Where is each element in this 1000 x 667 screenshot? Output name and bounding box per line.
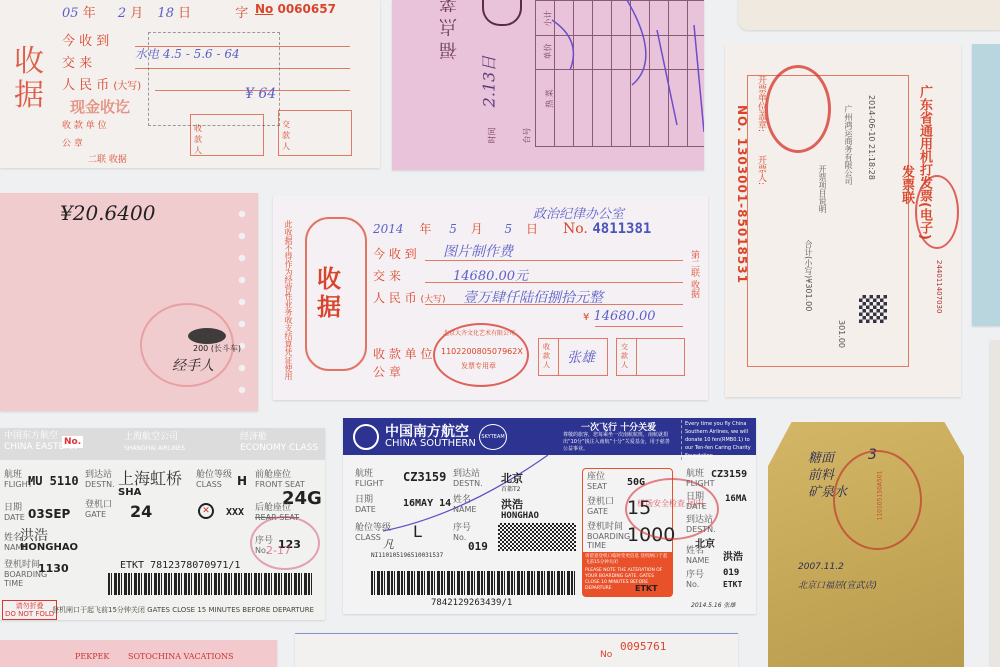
payee-label: 收款人 <box>543 343 551 370</box>
china-southern-logo <box>353 424 379 450</box>
ticket-route: PEKPEK <box>75 652 109 661</box>
class-en: ECONOMY CLASS <box>240 443 318 454</box>
cabin: H <box>237 474 247 488</box>
payee-label: 收款人 <box>194 123 203 156</box>
boarding-pass-china-southern: 中国南方航空 CHINA SOUTHERN SKYTEAM 一次飞行 十分关爱 … <box>343 418 756 614</box>
footer: 登机闸口于起飞前15分钟关闭 GATES CLOSE 15 MINUTES BE… <box>52 605 314 615</box>
row-unit-label: 收 款 单 位 <box>373 345 432 362</box>
date: 16MAY 14 <box>403 498 451 509</box>
do-not-fold-badge: 请勿折叠 DO NOT FOLD <box>2 600 57 620</box>
invoice-datetime: 2014-06-10 21:18:28 <box>867 95 876 180</box>
year-char: 年 <box>419 222 431 236</box>
amount-value: 14680.00 <box>594 309 656 324</box>
skyteam-logo: SKYTEAM <box>479 424 507 450</box>
destn-label-cn: 到达站 <box>85 470 115 480</box>
seq: 019 <box>468 540 488 553</box>
company-stamp: 北京大齐文化艺术有限公司 110220080507962X 发票专用章 <box>433 323 529 387</box>
invoice-guangdong: NO. 1303001-85018531 开票单位盖章: 开票人: 广东省通用机… <box>725 45 961 397</box>
payee-signature: 张雄 <box>567 347 595 367</box>
receipt-center: 此收据不得作为经营性业务收支结算凭证使用 收据 2014 年 5 月 5 日 政… <box>273 195 708 400</box>
gate-label-en: GATE <box>85 510 112 519</box>
gate-label-en: GATE <box>587 507 614 516</box>
gate-notice: 请留意登机口临时变更信息 登机闸口于起飞前15分钟关闭 PLEASE NOTE … <box>583 552 672 596</box>
front-seat-label-cn: 前舱座位 <box>255 470 305 480</box>
rmb-caps: (大写) <box>113 81 141 92</box>
receipt-no-label: No <box>600 650 612 660</box>
receipt-date: 2014 年 5 月 5 日 <box>373 220 538 237</box>
flight-number: CZ3159 <box>403 470 446 484</box>
stub-seq-label-cn: 序号 <box>686 570 704 580</box>
paper-fragment-top-right <box>738 0 1000 30</box>
company-seal <box>765 65 831 153</box>
copy-label: 第二联 收据 <box>688 250 701 340</box>
stub-flight: CZ3159 <box>711 469 747 480</box>
boarding-pass-china-eastern: 中国东方航空 CHINA EASTERN No. 上海航空公司 SHANGHAI… <box>0 428 325 620</box>
stamp-text: 2-17 <box>266 544 291 557</box>
row-from-label: 交 来 <box>62 52 92 71</box>
barcode <box>108 573 313 595</box>
scribble <box>188 328 226 344</box>
meal-code: XXX <box>226 507 244 518</box>
footer-cn: 登机闸口于起飞前15分钟关闭 <box>52 606 145 614</box>
stamp-text: 110105150A501 <box>876 471 883 521</box>
invoice-amount: 301.00 <box>837 320 846 348</box>
cabin-label-en: CLASS <box>196 480 232 489</box>
invoice-date: 2014-06-10 <box>867 95 876 142</box>
stub-date-label-cn: 日期 <box>686 492 707 502</box>
stub-destn-label-en: DESTN. <box>686 525 716 534</box>
notice-en: PLEASE NOTE THE ALTERATION OF YOUR BOARD… <box>583 568 672 592</box>
grey-paper-right <box>990 340 1000 667</box>
seat-label-en: SEAT <box>587 482 607 491</box>
row-seal-label: 公 章 <box>62 136 83 149</box>
sticker: No. <box>62 436 83 448</box>
row-seal-label: 公 章 <box>373 363 401 380</box>
name-en: HONGHAO <box>20 542 78 553</box>
flight-label-cn: 航班 <box>355 469 384 479</box>
name-cn: 洪浩 <box>501 496 523 512</box>
received-value: 图片制作费 <box>443 241 513 261</box>
barcode <box>371 571 576 595</box>
destn-cn: 上海虹桥 <box>118 466 182 489</box>
airline-en: CHINA SOUTHERN <box>385 438 476 449</box>
row-received-label: 今 收 到 <box>62 30 109 49</box>
date-month: 2 <box>118 6 126 21</box>
seq-label-cn: 序号 <box>453 523 471 533</box>
etkt: ETKT <box>635 586 658 592</box>
handwritten-note: 200 (长斗车) <box>193 343 241 354</box>
notice-cn: 请留意登机口临时变更信息 登机闸口于起飞前15分钟关闭 <box>583 552 672 568</box>
boarding-label-cn: 登机时间 <box>4 560 40 570</box>
invoice-total: 合计(小写)¥301.00 <box>803 240 814 311</box>
destn-sub: 首都T2 <box>501 484 520 493</box>
gate-label-cn: 登机口 <box>587 497 614 507</box>
name-en: HONGHAO <box>501 511 539 521</box>
copy-label: 二联 收据 <box>88 152 127 165</box>
payer-box: 交款人 <box>278 110 352 156</box>
invoice-code: 244011407030 <box>935 260 943 313</box>
boarding-label-en: BOARDING TIME <box>587 532 627 550</box>
receipt-number: 0095761 <box>620 640 666 653</box>
footer-en: GATES CLOSE 15 MINUTES BEFORE DEPARTURE <box>147 606 314 614</box>
menu-slip-pink: 福 点 菜 2.13日 时间 台号 热 菜 单价 小计 <box>392 0 704 170</box>
class-label-cn: 舱位等级 <box>355 523 391 533</box>
bottom-ticket-pink: PEKPEK SOTOCHINA VACATIONS <box>0 640 277 667</box>
row-rmb-label: 人 民 币 <box>373 291 417 305</box>
stub-name: 洪浩 <box>723 548 743 563</box>
date-note: 2007.11.2 <box>798 562 844 572</box>
rear-seat-label-cn: 后舱座位 <box>255 503 299 513</box>
date: 03SEP <box>28 507 70 521</box>
row-from-label: 交 来 <box>373 267 401 284</box>
invoice-time: 21:18:28 <box>867 144 876 180</box>
ticket-number: 7842129263439/1 <box>431 598 512 608</box>
date-year: 2014 <box>373 222 404 236</box>
stub-seq: 019 <box>723 568 739 578</box>
destn-label-en: DESTN. <box>453 479 483 488</box>
receipt-number-group: No. 4811381 <box>563 221 651 237</box>
flight-label-en: FLIGHT <box>355 479 384 488</box>
charity-en: Every time you fly China Southern Airlin… <box>681 420 756 460</box>
table-label: 台号 <box>522 128 533 144</box>
date-day: 5 <box>505 222 513 236</box>
handwriting: 凡 <box>383 536 394 552</box>
name-label-cn: 姓名 <box>453 495 476 505</box>
handwritten-box <box>148 32 280 126</box>
2d-barcode <box>498 523 576 551</box>
receipt-number: 0060657 <box>277 2 335 16</box>
stub-note: 2014.5.16 张雄 <box>691 600 735 609</box>
charity-cn: 尊敬的旅客，您每乘坐一次南航航班，南航就捐出“10分”钱注入南航“十分”关爱基金… <box>563 432 671 453</box>
date-day: 18 <box>157 6 174 21</box>
year-char: 年 <box>83 6 96 21</box>
receipt-title: 收据 <box>14 45 50 113</box>
month-char: 月 <box>471 222 483 236</box>
amount-row: ¥ 14680.00 <box>583 309 656 324</box>
stub-name-label-cn: 姓名 <box>686 546 709 556</box>
date-label-cn: 日期 <box>355 495 376 505</box>
cash-received-stamp: 现金收讫 <box>70 96 130 117</box>
menu-title: 福 点 菜 <box>437 0 463 60</box>
partner-en: SHANGHAI AIRLINES <box>124 443 185 454</box>
invoice-item: 开票项目说明 <box>817 165 828 213</box>
destn-label-en: DESTN. <box>85 480 115 489</box>
shop-note: 北京口福居(宣武店) <box>798 578 877 591</box>
etkt: ETKT 7812378070971/1 <box>120 560 240 571</box>
day-char: 日 <box>178 6 191 21</box>
qr-code <box>859 295 887 323</box>
boarding-label-cn: 登机时间 <box>587 522 627 532</box>
partner-cn: 上海航空公司 <box>124 432 185 443</box>
side-text: 此收据不得作为经营性业务收支结算凭证使用 <box>283 220 294 370</box>
stub-etkt: ETKT <box>723 580 742 589</box>
handwritten-name: 经手人 <box>172 355 214 375</box>
stamp-use: 发票专用章 <box>461 361 496 371</box>
word-char: 字 <box>235 6 248 21</box>
no-meal-icon: ✕ <box>198 503 214 519</box>
stub-destn-label-cn: 到达站 <box>686 515 716 525</box>
receipt-number: 4811381 <box>592 221 651 237</box>
date-year: 05 <box>62 6 79 21</box>
stamp-code: 110220080507962X <box>441 347 523 356</box>
payer-box: 交款人 <box>616 338 685 376</box>
row-unit-label: 收 款 单 位 <box>62 118 107 131</box>
amount-prefix: ¥ <box>583 312 589 323</box>
invoice-copy-label: 发票联 <box>897 165 916 204</box>
destn-label-cn: 到达站 <box>453 469 483 479</box>
gate-label-cn: 登机口 <box>85 500 112 510</box>
date-label-en: DATE <box>4 513 25 522</box>
id-number: NI110105196510031537 <box>371 552 443 559</box>
stub-date-label-en: DATE <box>686 502 707 511</box>
kraft-envelope: 糖面 前料 矿泉水 3 110105150A501 2007.11.2 北京口福… <box>768 422 964 667</box>
payee-company: 广州鸿运商务有限公司 <box>843 105 854 185</box>
stamp-company: 北京大齐文化艺术有限公司 <box>443 328 515 337</box>
time-label: 时间 <box>487 128 498 144</box>
stub-name-label-en: NAME <box>686 556 709 565</box>
header-band: 中国南方航空 CHINA SOUTHERN SKYTEAM 一次飞行 十分关爱 … <box>343 418 756 455</box>
receipt-title: 收据 <box>317 265 347 321</box>
handwritten-strokes <box>542 0 704 140</box>
day-char: 日 <box>526 222 538 236</box>
bottom-receipt: No 0095761 <box>295 633 738 667</box>
shop-stamp: 110105150A501 <box>833 450 922 550</box>
no-fold-en: DO NOT FOLD <box>5 610 54 618</box>
flight-number: MU 5110 <box>28 474 79 488</box>
payer-label: 交款人 <box>621 343 629 370</box>
handwritten-date: 2.13日 <box>476 56 499 108</box>
row-received-label: 今 收 到 <box>373 245 417 262</box>
no-fold-cn: 请勿折叠 <box>5 602 54 610</box>
receipt-top-left: 收据 05 年 2 月 18 日 字 No 0060657 今 收 到 交 来 … <box>0 0 380 168</box>
destn-code: SHA <box>118 487 141 498</box>
stub-flight-label-en: FLIGHT <box>686 479 715 488</box>
cabin-label-cn: 舱位等级 <box>196 470 232 480</box>
date-label-en: DATE <box>355 505 376 514</box>
total-value: ¥301.00 <box>804 278 813 311</box>
office-note: 政治纪律办公室 <box>533 203 624 222</box>
gate: 24 <box>130 502 152 521</box>
restaurant-logo <box>482 0 522 26</box>
date-label-cn: 日期 <box>4 503 25 513</box>
boarding-label-en: BOARDING TIME <box>4 570 38 588</box>
no-label: No <box>255 2 273 16</box>
cabin: L <box>413 522 422 541</box>
pink-receipt-left: ¥20.6400 200 (长斗车) 经手人 <box>0 193 258 411</box>
payee-box: 收款人 张雄 <box>538 338 608 376</box>
gate-stamp: 2-17 <box>250 516 320 570</box>
class-cn: 经济舱 <box>240 432 318 443</box>
date-month: 5 <box>449 222 457 236</box>
no-label: No. <box>563 221 588 237</box>
payer-label: 交款人 <box>282 119 291 152</box>
boarding-time: 1130 <box>38 562 69 575</box>
handwritten-amount: ¥20.6400 <box>60 201 155 225</box>
stub-date: 16MA <box>725 494 747 504</box>
total-label: 合计(小写) <box>804 240 813 278</box>
blue-paper-right <box>972 44 1000 326</box>
seat-label-cn: 座位 <box>587 472 607 482</box>
month-char: 月 <box>130 6 143 21</box>
row-rmb-label: 人 民 币 <box>62 78 109 93</box>
stub-seq-label-en: No. <box>686 580 704 589</box>
name-label-en: NAME <box>453 505 476 514</box>
item-1: 糖面 <box>808 450 847 467</box>
ticket-agency: SOTOCHINA VACATIONS <box>128 652 234 661</box>
invoice-seal <box>915 175 959 249</box>
header-band: 中国东方航空 CHINA EASTERN No. 上海航空公司 SHANGHAI… <box>0 428 325 460</box>
